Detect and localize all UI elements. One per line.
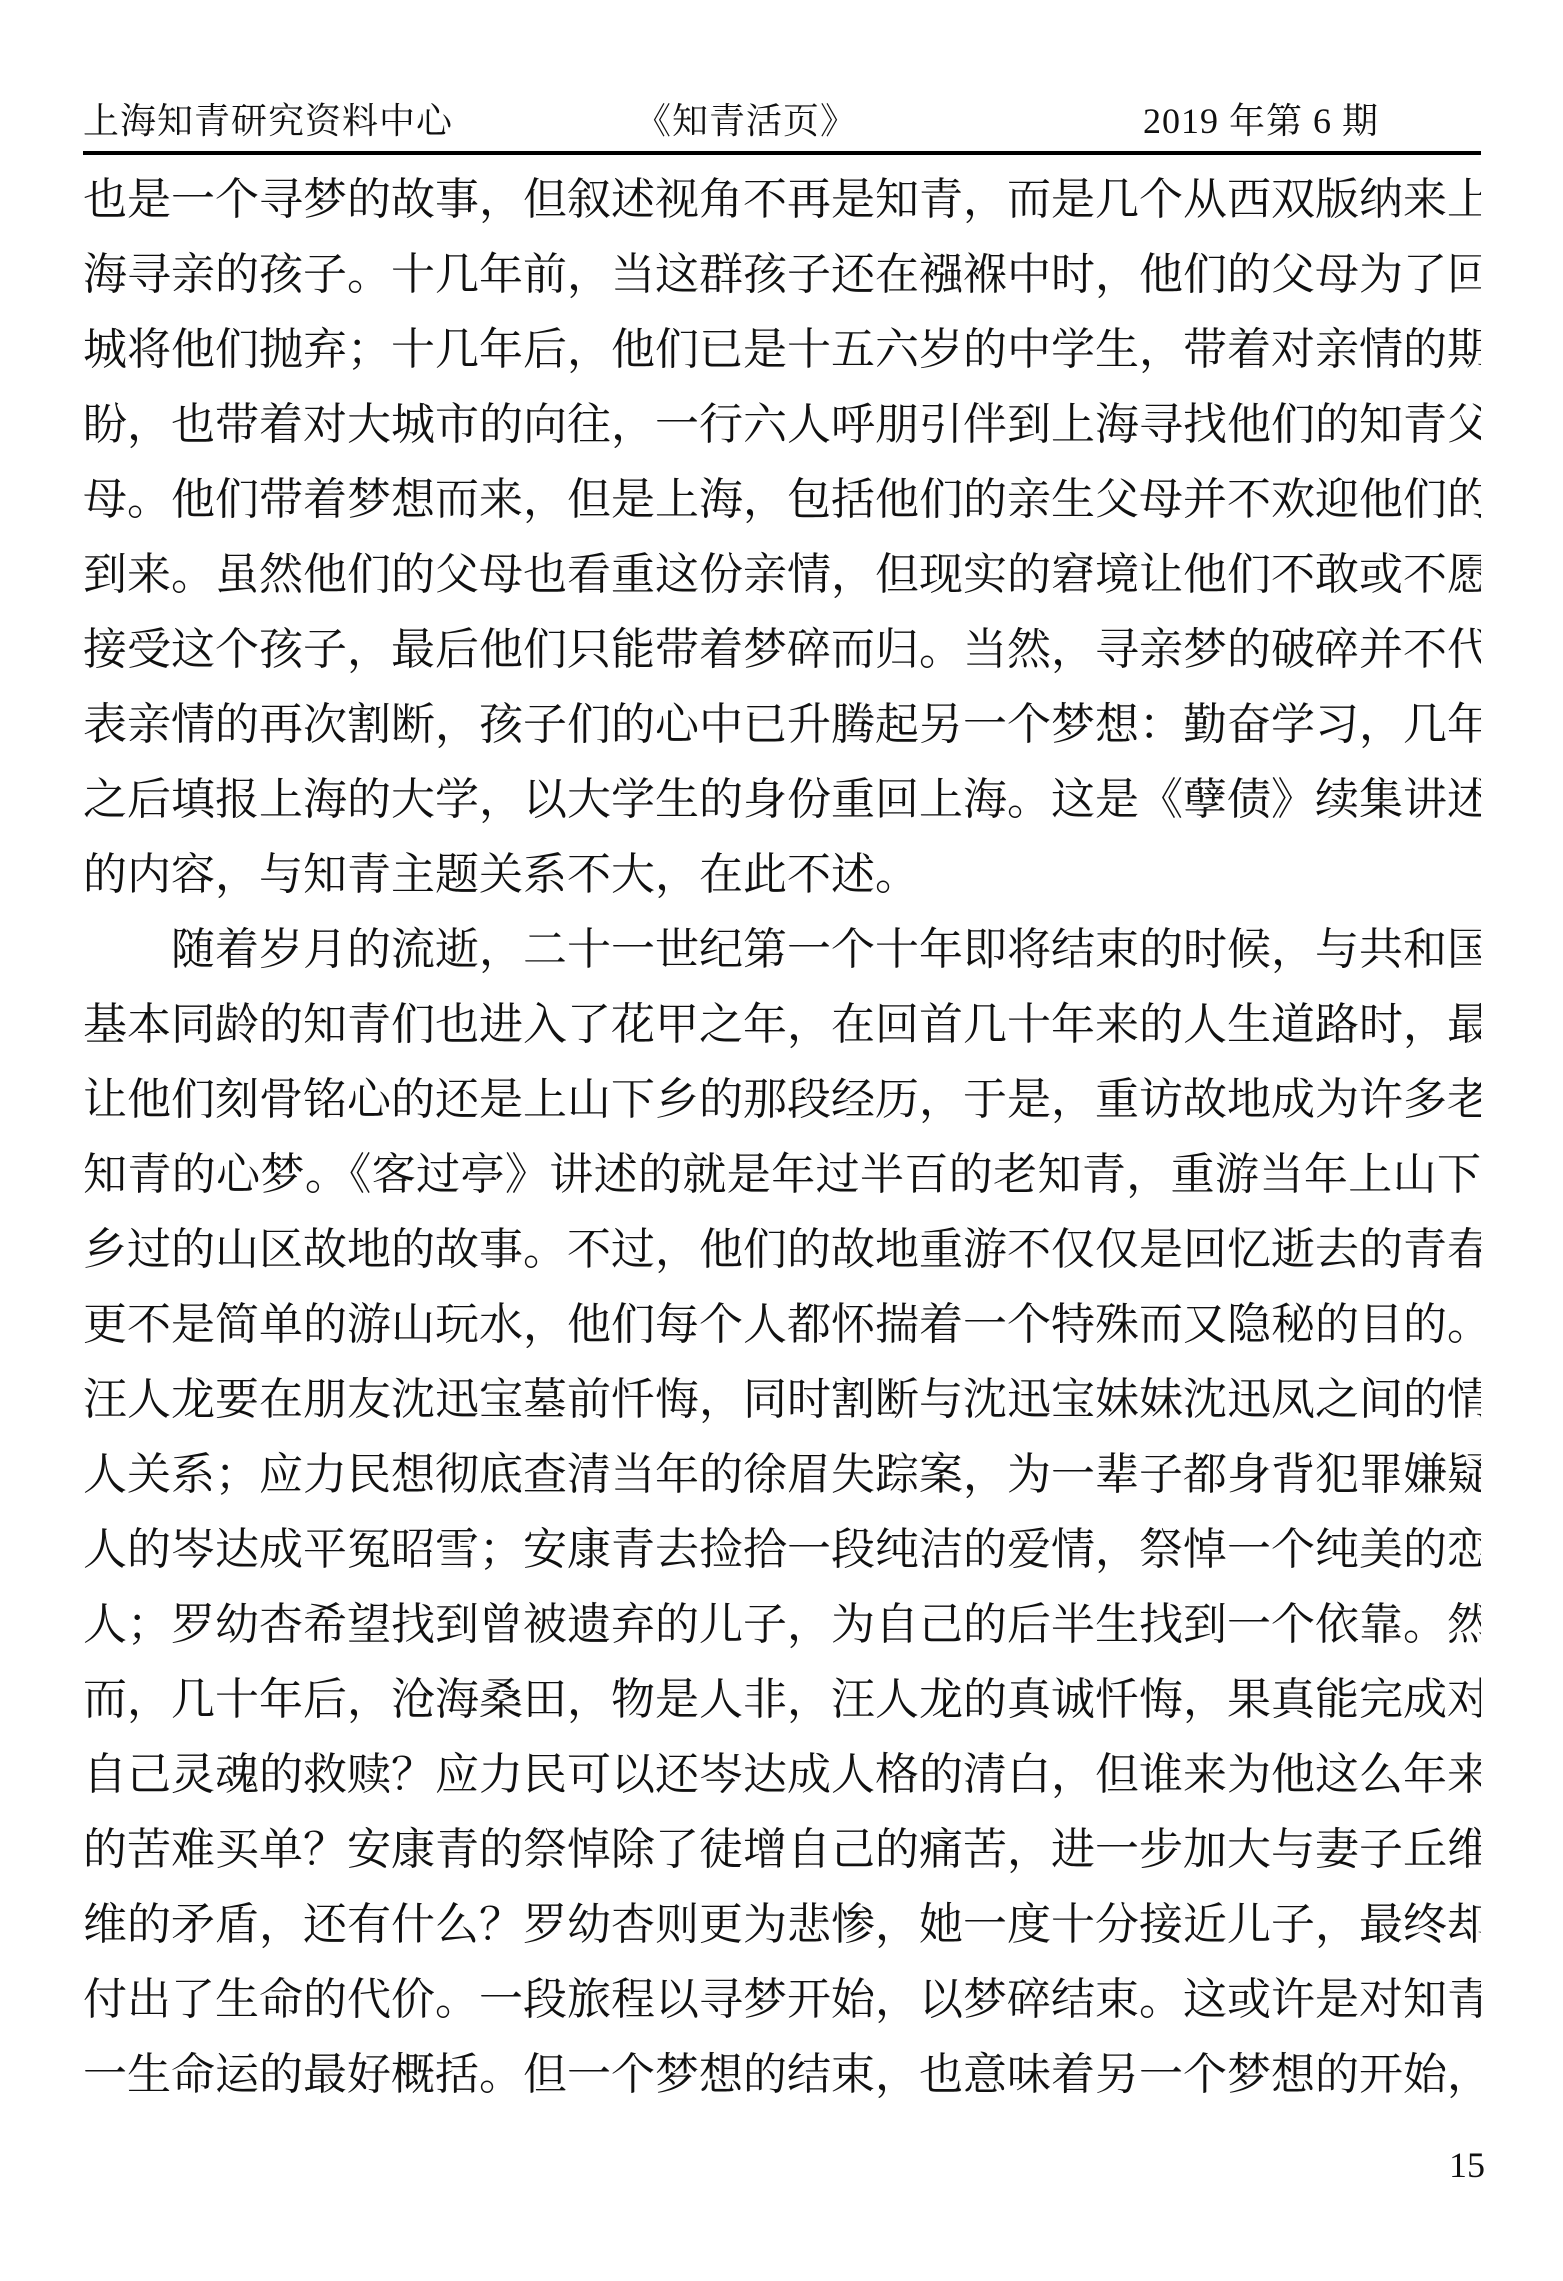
text-line: 表亲情的再次割断，孩子们的心中已升腾起另一个梦想：勤奋学习，几年 bbox=[83, 687, 1481, 762]
text-line: 到来。虽然他们的父母也看重这份亲情，但现实的窘境让他们不敢或不愿 bbox=[83, 537, 1481, 612]
text-line: 更不是简单的游山玩水，他们每个人都怀揣着一个特殊而又隐秘的目的。 bbox=[83, 1287, 1481, 1362]
text-line: 母。他们带着梦想而来，但是上海，包括他们的亲生父母并不欢迎他们的 bbox=[83, 462, 1481, 537]
text-line: 海寻亲的孩子。十几年前，当这群孩子还在襁褓中时，他们的父母为了回 bbox=[83, 237, 1481, 312]
header-organization: 上海知青研究资料中心 bbox=[83, 96, 453, 146]
header-publication-title: 《知青活页》 bbox=[635, 96, 857, 146]
running-header: 上海知青研究资料中心 《知青活页》 2019 年第 6 期 bbox=[83, 96, 1481, 146]
text-line: 知青的心梦。《客过亭》讲述的就是年过半百的老知青，重游当年上山下 bbox=[83, 1137, 1481, 1212]
text-line: 人关系；应力民想彻底查清当年的徐眉失踪案，为一辈子都身背犯罪嫌疑 bbox=[83, 1437, 1481, 1512]
text-line: 盼，也带着对大城市的向往，一行六人呼朋引伴到上海寻找他们的知青父 bbox=[83, 387, 1481, 462]
article-body: 也是一个寻梦的故事，但叙述视角不再是知青，而是几个从西双版纳来上 海寻亲的孩子。… bbox=[83, 162, 1481, 2112]
text-line: 人；罗幼杏希望找到曾被遗弃的儿子，为自己的后半生找到一个依靠。然 bbox=[83, 1587, 1481, 1662]
text-line: 乡过的山区故地的故事。不过，他们的故地重游不仅仅是回忆逝去的青春， bbox=[83, 1212, 1481, 1287]
paragraph-start-line: 随着岁月的流逝，二十一世纪第一个十年即将结束的时候，与共和国 bbox=[83, 912, 1481, 987]
text-line: 一生命运的最好概括。但一个梦想的结束，也意味着另一个梦想的开始， bbox=[83, 2037, 1481, 2112]
text-line: 的苦难买单？安康青的祭悼除了徒增自己的痛苦，进一步加大与妻子丘维 bbox=[83, 1812, 1481, 1887]
header-divider bbox=[83, 151, 1481, 155]
text-line: 人的岑达成平冤昭雪；安康青去捡拾一段纯洁的爱情，祭悼一个纯美的恋 bbox=[83, 1512, 1481, 1587]
text-line: 自己灵魂的救赎？应力民可以还岑达成人格的清白，但谁来为他这么年来 bbox=[83, 1737, 1481, 1812]
text-line: 接受这个孩子，最后他们只能带着梦碎而归。当然，寻亲梦的破碎并不代 bbox=[83, 612, 1481, 687]
text-line: 城将他们抛弃；十几年后，他们已是十五六岁的中学生，带着对亲情的期 bbox=[83, 312, 1481, 387]
page-number: 15 bbox=[1440, 2145, 1485, 2185]
text-line: 之后填报上海的大学，以大学生的身份重回上海。这是《孽债》续集讲述 bbox=[83, 762, 1481, 837]
text-line: 也是一个寻梦的故事，但叙述视角不再是知青，而是几个从西双版纳来上 bbox=[83, 162, 1481, 237]
text-line: 付出了生命的代价。一段旅程以寻梦开始，以梦碎结束。这或许是对知青 bbox=[83, 1962, 1481, 2037]
text-line: 维的矛盾，还有什么？罗幼杏则更为悲惨，她一度十分接近儿子，最终却 bbox=[83, 1887, 1481, 1962]
text-line: 基本同龄的知青们也进入了花甲之年，在回首几十年来的人生道路时，最 bbox=[83, 987, 1481, 1062]
text-line: 汪人龙要在朋友沈迅宝墓前忏悔，同时割断与沈迅宝妹妹沈迅凤之间的情 bbox=[83, 1362, 1481, 1437]
text-line: 而，几十年后，沧海桑田，物是人非，汪人龙的真诚忏悔，果真能完成对 bbox=[83, 1662, 1481, 1737]
paragraph-end-line: 的内容，与知青主题关系不大，在此不述。 bbox=[83, 837, 1481, 912]
text-line: 让他们刻骨铭心的还是上山下乡的那段经历，于是，重访故地成为许多老 bbox=[83, 1062, 1481, 1137]
header-issue: 2019 年第 6 期 bbox=[1143, 96, 1379, 146]
